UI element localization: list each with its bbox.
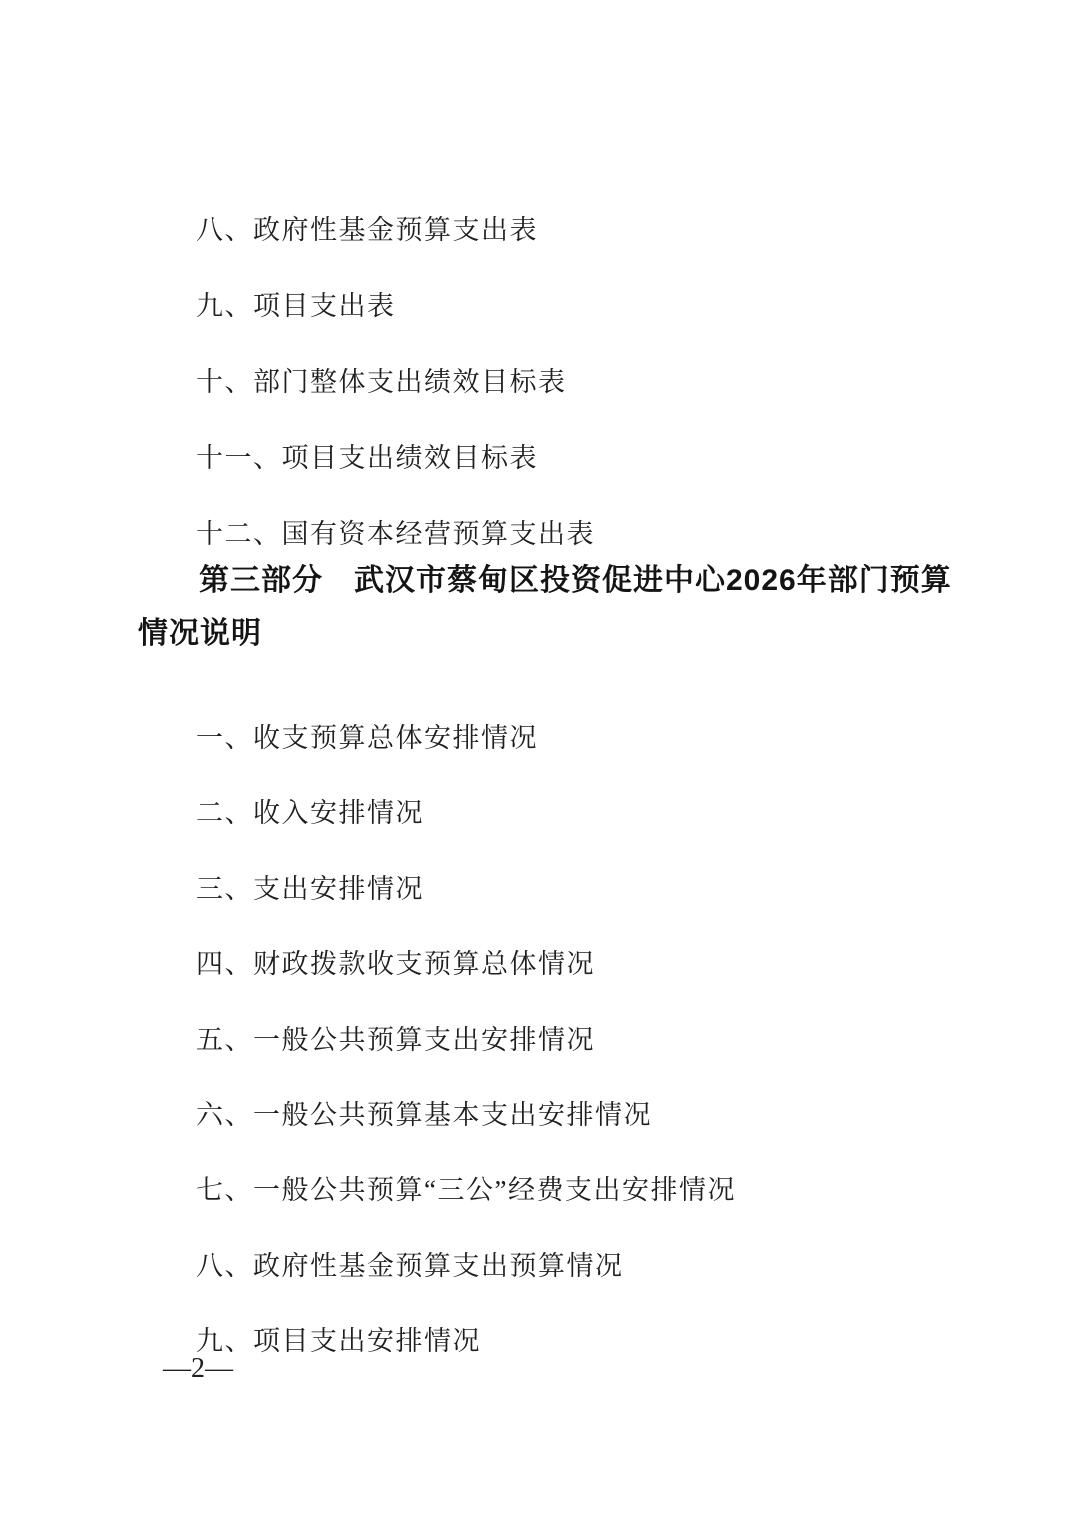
- toc-item-notes-5: 五、一般公共预算支出安排情况: [196, 1023, 595, 1057]
- toc-item-tables-9: 九、项目支出表: [196, 289, 396, 323]
- section-heading-line1: 第三部分 武汉市蔡甸区投资促进中心2026年部门预算: [199, 562, 952, 600]
- toc-item-tables-10: 十、部门整体支出绩效目标表: [196, 365, 567, 399]
- toc-item-notes-3: 三、支出安排情况: [196, 872, 424, 906]
- toc-item-notes-4: 四、财政拨款收支预算总体情况: [196, 947, 595, 981]
- toc-item-tables-11: 十一、项目支出绩效目标表: [196, 441, 538, 475]
- toc-item-notes-1: 一、收支预算总体安排情况: [196, 721, 538, 755]
- toc-item-notes-2: 二、收入安排情况: [196, 796, 424, 830]
- toc-item-tables-8: 八、政府性基金预算支出表: [196, 213, 538, 247]
- toc-item-notes-7: 七、一般公共预算“三公”经费支出安排情况: [196, 1173, 736, 1207]
- section-heading-line2: 情况说明: [138, 615, 262, 653]
- toc-item-notes-8: 八、政府性基金预算支出预算情况: [196, 1249, 624, 1283]
- page-number: —2—: [163, 1352, 233, 1386]
- toc-item-tables-12: 十二、国有资本经营预算支出表: [196, 517, 595, 551]
- toc-item-notes-6: 六、一般公共预算基本支出安排情况: [196, 1098, 652, 1132]
- document-page: 八、政府性基金预算支出表 九、项目支出表 十、部门整体支出绩效目标表 十一、项目…: [0, 0, 1074, 1520]
- toc-item-notes-9: 九、项目支出安排情况: [196, 1324, 481, 1358]
